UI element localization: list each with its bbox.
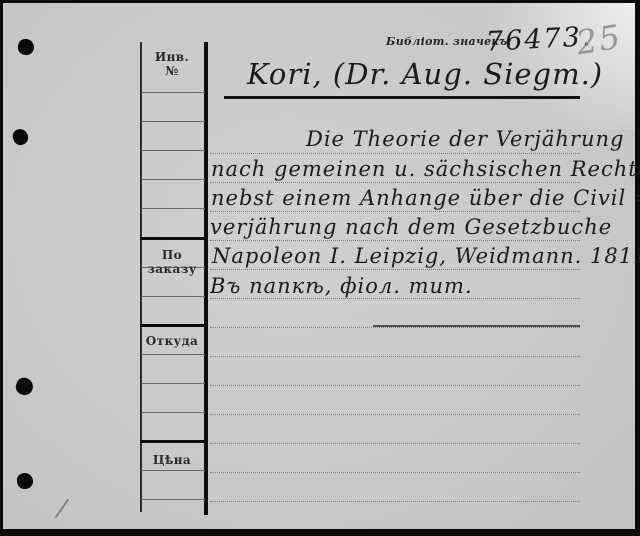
punch-hole xyxy=(11,127,30,147)
form-grid-line xyxy=(141,354,205,355)
by-order-label: По заказу xyxy=(140,248,204,276)
punch-hole xyxy=(16,472,34,490)
entry-line: verjährung nach dem Gesetzbuche xyxy=(210,214,612,240)
form-grid-line xyxy=(141,121,205,122)
pencil-number: 25 xyxy=(573,17,625,63)
entry-line: nach gemeinen u. sächsischen Rechten xyxy=(211,156,640,182)
form-grid-line-thick xyxy=(140,237,206,240)
form-grid-line xyxy=(141,179,205,180)
inventory-label-line1: Инв. xyxy=(140,50,204,64)
catalog-card-scan: Инв. № По заказу Откуда Цѣна Библіот. зн… xyxy=(0,0,640,536)
ruled-line xyxy=(210,501,580,502)
form-grid-vline-right xyxy=(204,42,208,515)
frame-bottom xyxy=(0,529,640,536)
form-grid-line-thick xyxy=(140,440,206,443)
ruled-line xyxy=(210,356,580,357)
pencil-slash-mark: / xyxy=(56,494,68,523)
ruled-line xyxy=(210,153,580,154)
ruled-line xyxy=(210,327,580,328)
form-grid-line xyxy=(141,150,205,151)
entry-line: Napoleon I. Leipzig, Weidmann. 1811. 8º xyxy=(212,243,640,269)
frame-top xyxy=(0,0,640,3)
form-grid-line xyxy=(141,208,205,209)
origin-label: Откуда xyxy=(140,334,204,348)
ruled-line xyxy=(210,414,580,415)
ruled-line xyxy=(210,240,580,241)
form-grid-line xyxy=(141,383,205,384)
inventory-label-line2: № xyxy=(140,64,204,78)
ruled-line xyxy=(210,443,580,444)
inventory-number-label: Инв. № xyxy=(140,50,204,78)
price-label: Цѣна xyxy=(140,453,204,467)
form-grid-line xyxy=(141,92,205,93)
ruled-line xyxy=(210,472,580,473)
entry-line: nebst einem Anhange über die Civil = xyxy=(211,185,640,211)
ruled-line xyxy=(210,269,580,270)
entry-line: Die Theorie der Verjährung xyxy=(306,126,625,152)
punch-hole xyxy=(13,375,35,397)
author-heading: Kori, (Dr. Aug. Siegm.) xyxy=(247,57,603,91)
frame-left xyxy=(0,0,3,536)
ink-closing-line xyxy=(373,325,580,327)
punch-hole xyxy=(17,38,36,57)
ruled-line xyxy=(210,211,580,212)
form-grid-line xyxy=(141,296,205,297)
form-grid-line xyxy=(141,470,205,471)
form-grid-line xyxy=(141,499,205,500)
ruled-line xyxy=(210,385,580,386)
ruled-line xyxy=(210,182,580,183)
form-grid-line-thick xyxy=(140,324,206,327)
heading-underline xyxy=(224,96,580,99)
entry-line: Въ папкѣ, фіол. тит. xyxy=(210,273,473,299)
form-grid-line xyxy=(141,412,205,413)
